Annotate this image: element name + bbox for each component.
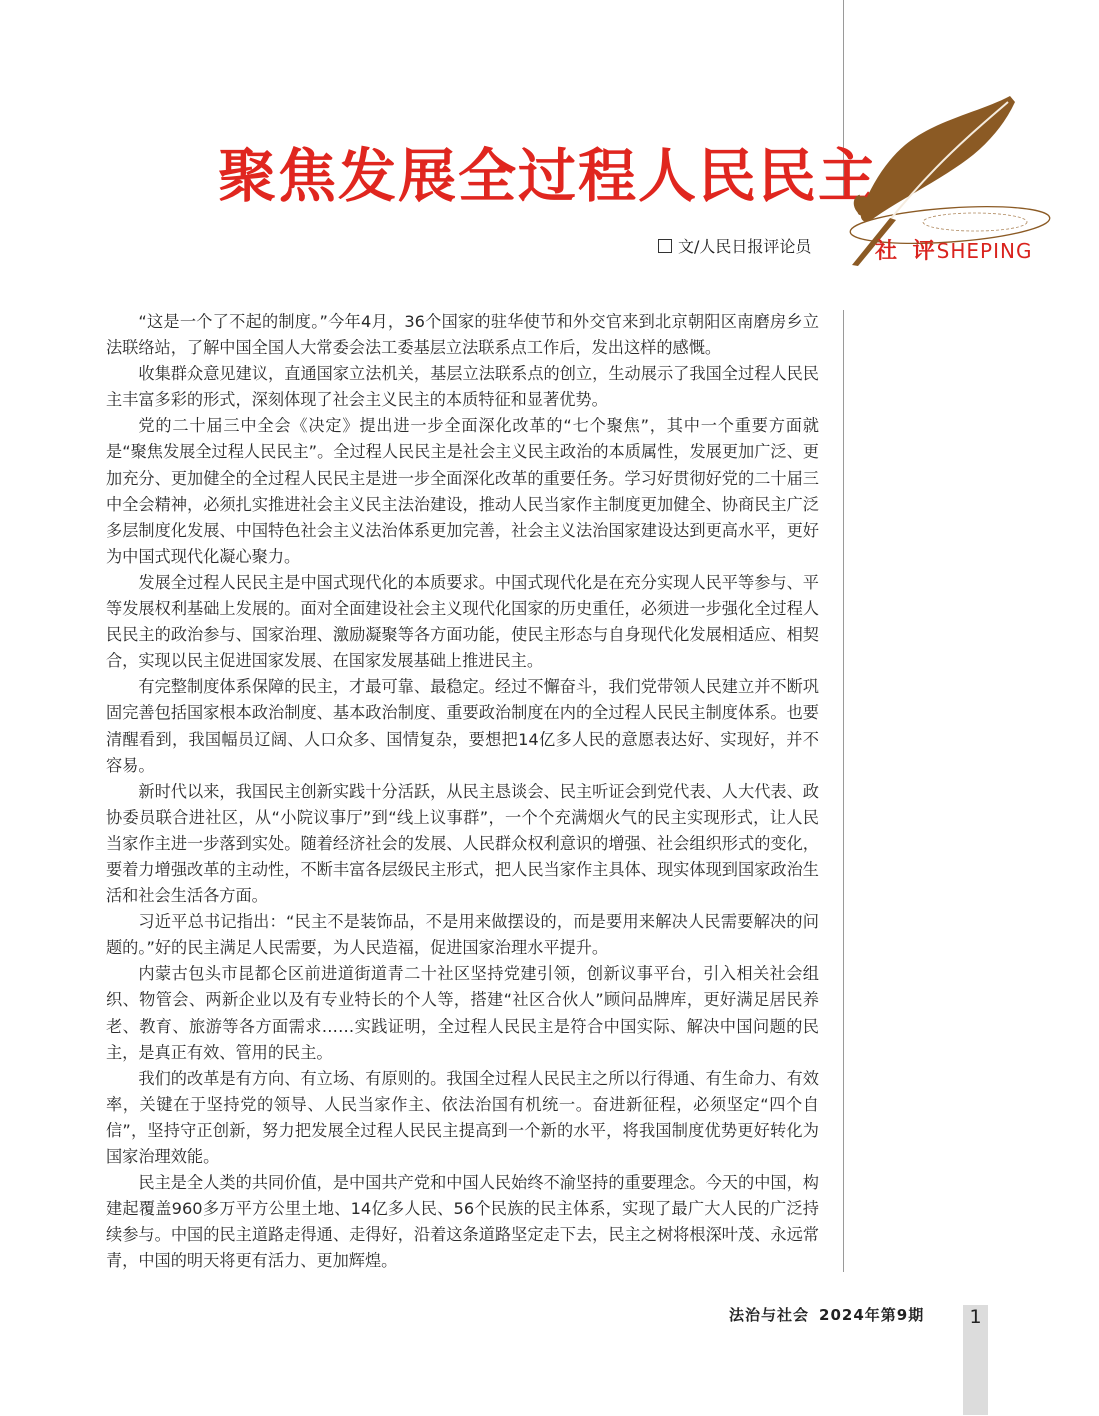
paragraph: 党的二十届三中全会《决定》提出进一步全面深化改革的“七个聚焦”，其中一个重要方面… bbox=[106, 413, 819, 570]
paragraph: 发展全过程人民民主是中国式现代化的本质要求。中国式现代化是在充分实现人民平等参与… bbox=[106, 570, 819, 674]
publication-name: 法治与社会 bbox=[729, 1306, 809, 1324]
paragraph: 内蒙古包头市昆都仑区前进道街道青二十社区坚持党建引领，创新议事平台，引入相关社会… bbox=[106, 961, 819, 1065]
column-divider-body bbox=[843, 310, 844, 1272]
square-bullet-icon bbox=[658, 239, 672, 253]
running-footer: 法治与社会2024年第9期 bbox=[729, 1304, 924, 1325]
paragraph: 新时代以来，我国民主创新实践十分活跃，从民主恳谈会、民主听证会到党代表、人大代表… bbox=[106, 779, 819, 909]
paragraph: 收集群众意见建议，直通国家立法机关，基层立法联系点的创立，生动展示了我国全过程人… bbox=[106, 361, 819, 413]
byline-text: 文/人民日报评论员 bbox=[678, 237, 811, 256]
column-logo-cn: 社 评 bbox=[875, 239, 939, 264]
column-logo-en: SHEPING bbox=[937, 239, 1033, 263]
paragraph: 有完整制度体系保障的民主，才最可靠、最稳定。经过不懈奋斗，我们党带领人民建立并不… bbox=[106, 674, 819, 778]
page-number: 1 bbox=[963, 1306, 988, 1328]
article-body: “这是一个了不起的制度。”今年4月，36个国家的驻华使节和外交官来到北京朝阳区南… bbox=[106, 309, 819, 1274]
paragraph: 我们的改革是有方向、有立场、有原则的。我国全过程人民民主之所以行得通、有生命力、… bbox=[106, 1066, 819, 1170]
issue-label: 2024年第9期 bbox=[819, 1306, 924, 1324]
paragraph: “这是一个了不起的制度。”今年4月，36个国家的驻华使节和外交官来到北京朝阳区南… bbox=[106, 309, 819, 361]
paragraph: 习近平总书记指出：“民主不是装饰品，不是用来做摆设的，而是要用来解决人民需要解决… bbox=[106, 909, 819, 961]
column-logo-label: 社 评SHEPING bbox=[875, 234, 1032, 265]
byline: 文/人民日报评论员 bbox=[658, 234, 811, 257]
paragraph: 民主是全人类的共同价值，是中国共产党和中国人民始终不渝坚持的重要理念。今天的中国… bbox=[106, 1170, 819, 1274]
article-title: 聚焦发展全过程人民民主 bbox=[218, 140, 818, 212]
